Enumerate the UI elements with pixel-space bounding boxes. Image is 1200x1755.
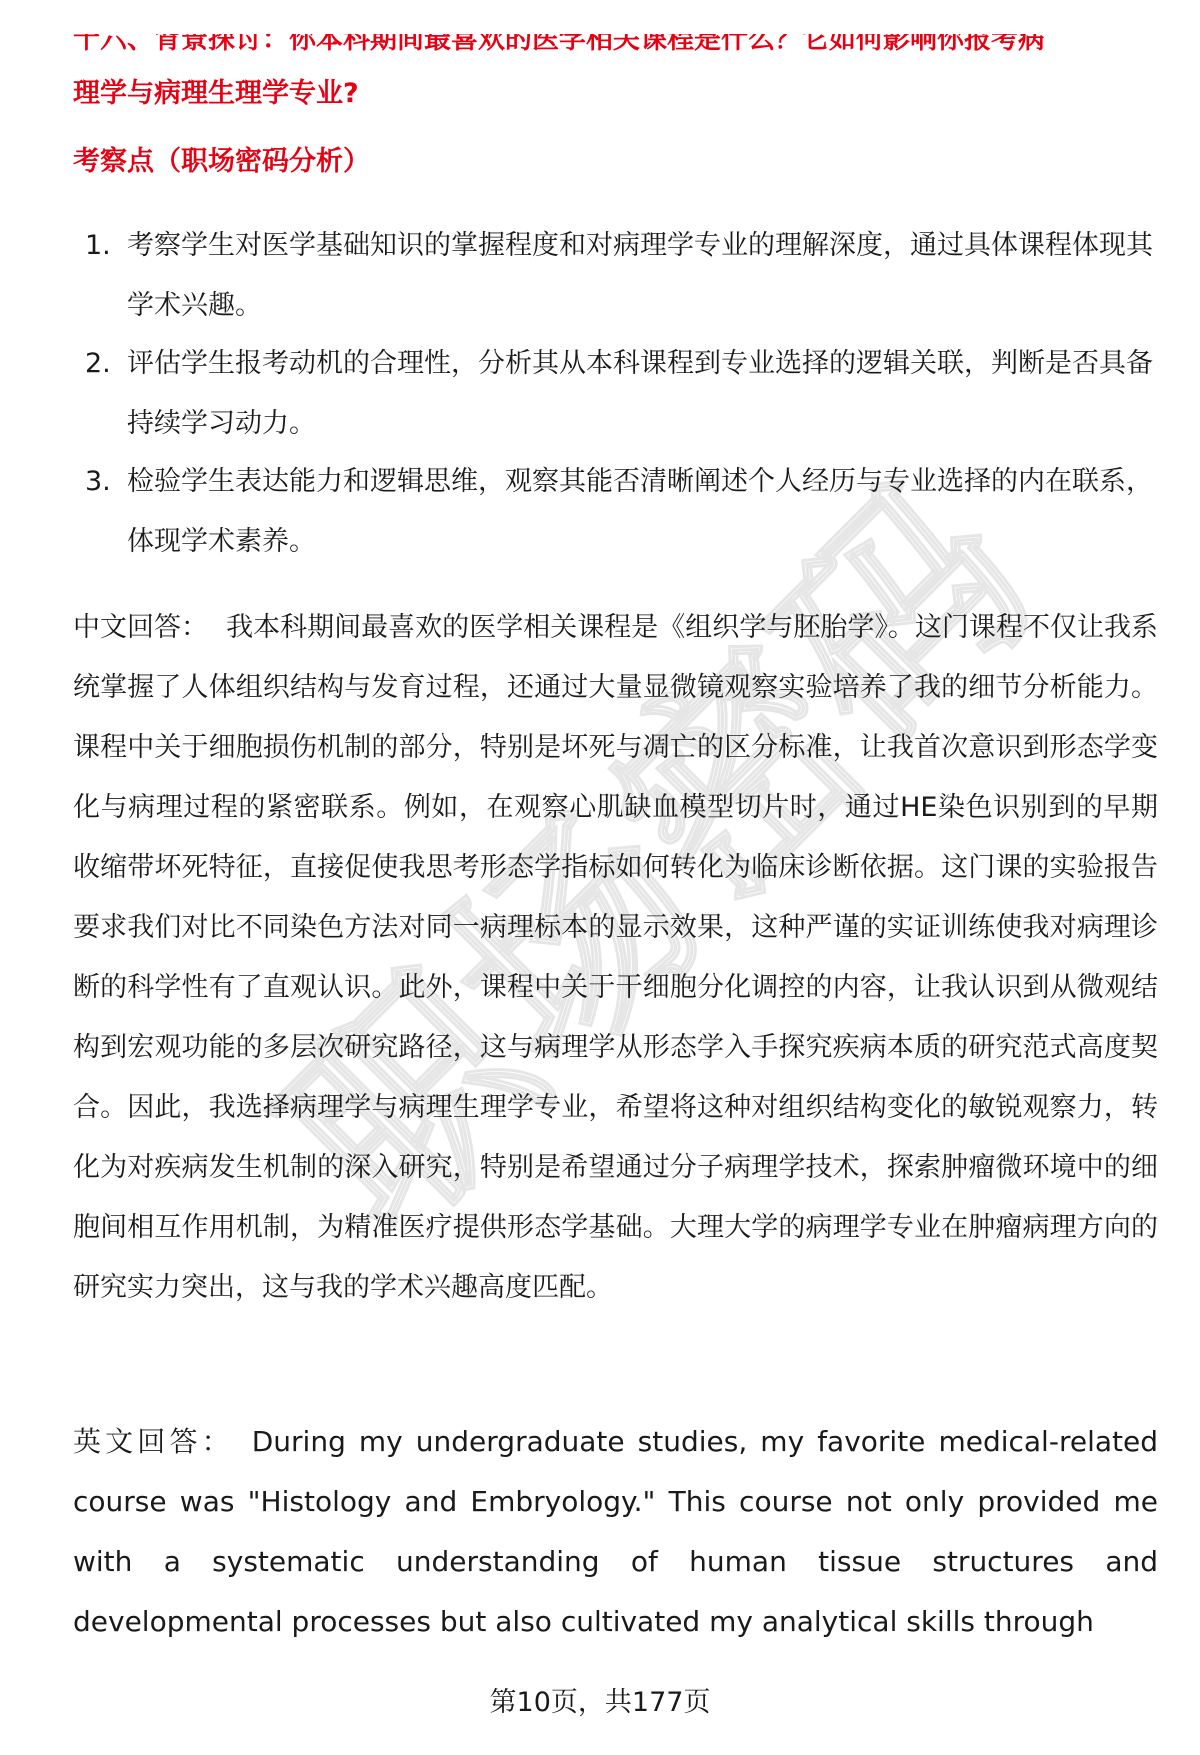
question-title-line2: 理学与病理生理学专业? xyxy=(73,74,1153,114)
question-title-line1-text: 十六、背景探讨：你本科期间最喜欢的医学相关课程是什么？它如何影响你报考病 xyxy=(73,34,1153,60)
list-item: 1. 考察学生对医学基础知识的掌握程度和对病理学专业的理解深度，通过具体课程体现… xyxy=(73,216,1153,336)
list-item: 3. 检验学生表达能力和逻辑思维，观察其能否清晰阐述个人经历与专业选择的内在联系… xyxy=(73,452,1153,572)
chinese-answer: 中文回答：我本科期间最喜欢的医学相关课程是《组织学与胚胎学》。这门课程不仅让我系… xyxy=(73,598,1158,1318)
list-item-text: 考察学生对医学基础知识的掌握程度和对病理学专业的理解深度，通过具体课程体现其学术… xyxy=(127,230,1153,321)
assessment-points-list: 1. 考察学生对医学基础知识的掌握程度和对病理学专业的理解深度，通过具体课程体现… xyxy=(73,216,1153,570)
section-heading: 考察点（职场密码分析） xyxy=(73,142,370,182)
page-indicator: 第10页，共177页 xyxy=(0,1683,1200,1723)
english-answer-text: During my undergraduate studies, my favo… xyxy=(73,1425,1158,1638)
chinese-answer-label: 中文回答： xyxy=(73,612,208,643)
chinese-answer-text: 我本科期间最喜欢的医学相关课程是《组织学与胚胎学》。这门课程不仅让我系统掌握了人… xyxy=(73,612,1158,1303)
list-item-number: 2. xyxy=(85,334,111,394)
document-page: 职场密码 十六、背景探讨：你本科期间最喜欢的医学相关课程是什么？它如何影响你报考… xyxy=(0,0,1200,1755)
list-item-text: 评估学生报考动机的合理性，分析其从本科课程到专业选择的逻辑关联，判断是否具备持续… xyxy=(127,348,1153,439)
list-item-number: 1. xyxy=(85,216,111,276)
question-title-line1: 十六、背景探讨：你本科期间最喜欢的医学相关课程是什么？它如何影响你报考病 xyxy=(73,34,1153,62)
english-answer-label: 英文回答： xyxy=(73,1425,234,1458)
english-answer: 英文回答：During my undergraduate studies, my… xyxy=(73,1412,1158,1652)
list-item: 2. 评估学生报考动机的合理性，分析其从本科课程到专业选择的逻辑关联，判断是否具… xyxy=(73,334,1153,454)
list-item-text: 检验学生表达能力和逻辑思维，观察其能否清晰阐述个人经历与专业选择的内在联系，体现… xyxy=(127,466,1153,557)
list-item-number: 3. xyxy=(85,452,111,512)
